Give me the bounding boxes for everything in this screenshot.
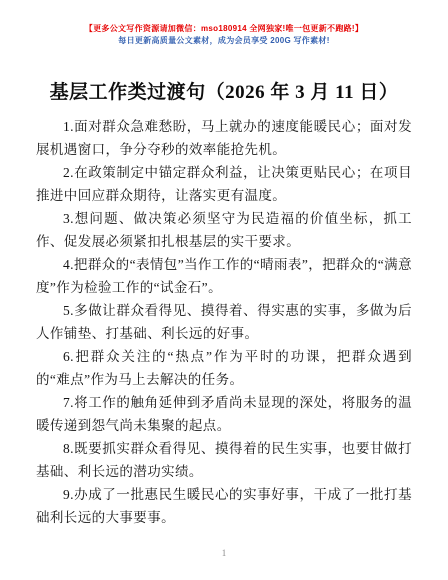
header-watermark: 【更多公文写作资源请加微信：mso180914 全网独家!唯一包更新不跑路!】 … [0, 0, 448, 47]
document-title: 基层工作类过渡句（2026 年 3 月 11 日） [20, 81, 428, 105]
body-paragraph: 8.既要抓实群众看得见、摸得着的民生实事，也要甘做打基础、利长远的潜功实绩。 [36, 437, 412, 483]
body-paragraph: 4.把群众的“表情包”当作工作的“晴雨表”，把群众的“满意度”作为检验工作的“试… [36, 253, 412, 299]
body-paragraph: 5.多做让群众看得见、摸得着、得实惠的实事，多做为后人作铺垫、打基础、利长远的好… [36, 299, 412, 345]
body-paragraph: 2.在政策制定中锚定群众利益，让决策更贴民心；在项目推进中回应群众期待，让落实更… [36, 161, 412, 207]
document-body: 1.面对群众急难愁盼，马上就办的速度能暖民心；面对发展机遇窗口，争分夺秒的效率能… [36, 115, 412, 529]
document-page: 【更多公文写作资源请加微信：mso180914 全网独家!唯一包更新不跑路!】 … [0, 0, 448, 580]
watermark-line-1: 【更多公文写作资源请加微信：mso180914 全网独家!唯一包更新不跑路!】 [0, 23, 448, 35]
body-paragraph: 7.将工作的触角延伸到矛盾尚未显现的深处，将服务的温暖传递到怨气尚未集聚的起点。 [36, 391, 412, 437]
body-paragraph: 1.面对群众急难愁盼，马上就办的速度能暖民心；面对发展机遇窗口，争分夺秒的效率能… [36, 115, 412, 161]
body-paragraph: 6.把群众关注的“热点”作为平时的功课，把群众遇到的“难点”作为马上去解决的任务… [36, 345, 412, 391]
body-paragraph: 9.办成了一批惠民生暖民心的实事好事，干成了一批打基础利长远的大事要事。 [36, 483, 412, 529]
body-paragraph: 3.想问题、做决策必须坚守为民造福的价值坐标，抓工作、促发展必须紧扣扎根基层的实… [36, 207, 412, 253]
watermark-line-2: 每日更新高质量公文素材，成为会员享受 200G 写作素材! [0, 35, 448, 47]
page-number: 1 [0, 548, 448, 558]
